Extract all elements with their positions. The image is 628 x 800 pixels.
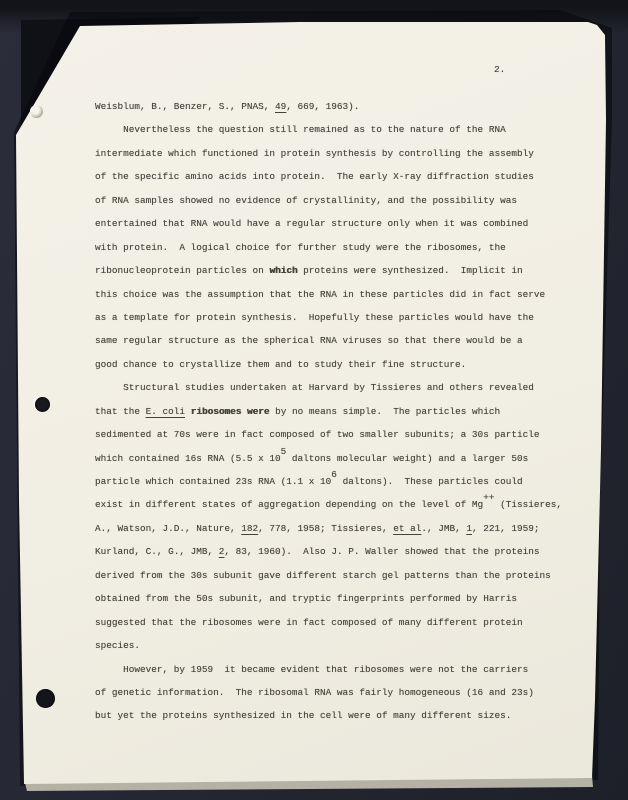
- text-line: same regular structure as the spherical …: [95, 329, 575, 352]
- text-line: A., Watson, J.D., Nature, 182, 778, 1958…: [95, 517, 575, 540]
- text-line: Nevertheless the question still remained…: [95, 118, 575, 141]
- text-line: entertained that RNA would have a regula…: [95, 212, 575, 235]
- text-line: Structural studies undertaken at Harvard…: [95, 376, 575, 399]
- text-line: of the specific amino acids into protein…: [95, 165, 575, 188]
- text-line: Weisblum, B., Benzer, S., PNAS, 49, 669,…: [95, 95, 575, 118]
- document-text: Weisblum, B., Benzer, S., PNAS, 49, 669,…: [95, 95, 575, 728]
- text-line: sedimented at 70s were in fact composed …: [95, 423, 575, 446]
- text-line: good chance to crystallize them and to s…: [95, 353, 575, 376]
- punch-hole-bottom: [36, 689, 55, 708]
- text-line: species.: [95, 634, 575, 657]
- scan-background: 2. Weisblum, B., Benzer, S., PNAS, 49, 6…: [0, 0, 628, 800]
- page-number: 2.: [494, 63, 505, 77]
- text-line: with protein. A logical choice for furth…: [95, 236, 575, 259]
- punch-hole-top: [30, 105, 43, 118]
- text-line: derived from the 30s subunit gave differ…: [95, 564, 575, 587]
- text-line: as a template for protein synthesis. Hop…: [95, 306, 575, 329]
- text-line: particle which contained 23s RNA (1.1 x …: [95, 470, 575, 493]
- text-line: of genetic information. The ribosomal RN…: [95, 681, 575, 704]
- text-line: obtained from the 50s subunit, and trypt…: [95, 587, 575, 610]
- text-line: which contained 16s RNA (5.5 x 105 dalto…: [95, 447, 575, 470]
- text-line: this choice was the assumption that the …: [95, 283, 575, 306]
- text-line: that the E. coli ribosomes were by no me…: [95, 400, 575, 423]
- text-line: Kurland, C., G., JMB, 2, 83, 1960). Also…: [95, 540, 575, 563]
- text-line: of RNA samples showed no evidence of cry…: [95, 189, 575, 212]
- text-line: However, by 1959 it became evident that …: [95, 658, 575, 681]
- text-line: but yet the proteins synthesized in the …: [95, 704, 575, 727]
- text-line: exist in different states of aggregation…: [95, 493, 575, 516]
- text-line: intermediate which functioned in protein…: [95, 142, 575, 165]
- text-line: ribonucleoprotein particles on which pro…: [95, 259, 575, 282]
- text-line: suggested that the ribosomes were in fac…: [95, 611, 575, 634]
- punch-hole-middle: [35, 397, 50, 412]
